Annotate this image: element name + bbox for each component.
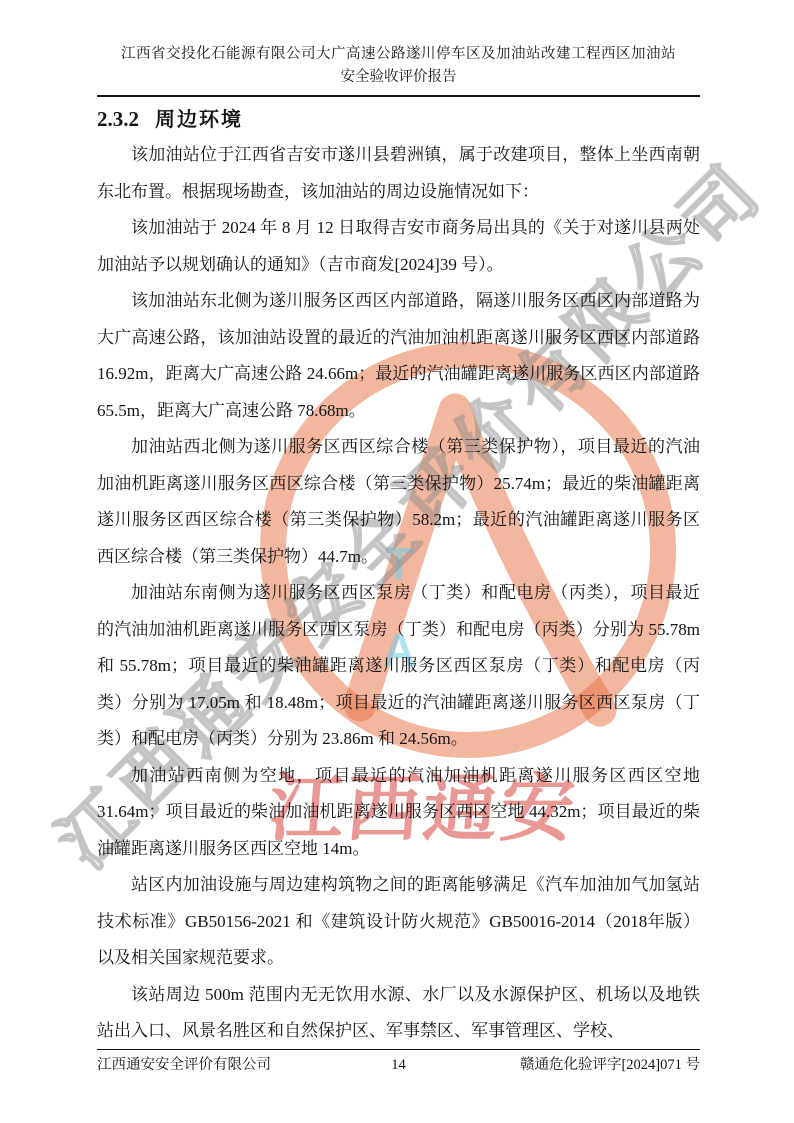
paragraph: 加油站西北侧为遂川服务区西区综合楼（第三类保护物），项目最近的汽油加油机距离遂川… [97,429,700,575]
paragraph: 该加油站位于江西省吉安市遂川县碧洲镇，属于改建项目，整体上坐西南朝东北布置。根据… [97,137,700,210]
header-rule [97,95,700,97]
section-number: 2.3.2 [97,107,139,131]
section-title: 周边环境 [155,109,243,131]
header-title-line2: 安全验收评价报告 [97,67,700,88]
page-header: 江西省交投化石能源有限公司大广高速公路遂川停车区及加油站改建工程西区加油站 安全… [97,44,700,88]
footer-page-number: 14 [391,1055,406,1075]
footer-company: 江西通安安全评价有限公司 [97,1055,271,1075]
report-page: TA 江西通安安全评价有限公司 江西通安 江西省交投化石能源有限公司大广高速公路… [0,0,794,1123]
paragraph: 加油站西南侧为空地，项目最近的汽油加油机距离遂川服务区西区空地 31.64m；项… [97,758,700,868]
header-title-line1: 江西省交投化石能源有限公司大广高速公路遂川停车区及加油站改建工程西区加油站 [97,44,700,65]
document-content: 江西省交投化石能源有限公司大广高速公路遂川停车区及加油站改建工程西区加油站 安全… [97,44,700,1049]
body-text: 该加油站位于江西省吉安市遂川县碧洲镇，属于改建项目，整体上坐西南朝东北布置。根据… [97,137,700,1049]
paragraph: 该加油站于 2024 年 8 月 12 日取得吉安市商务局出具的《关于对遂川县两… [97,210,700,283]
page-footer: 江西通安安全评价有限公司 14 赣通危化验评字[2024]071 号 [97,1049,700,1075]
section-heading: 2.3.2 周边环境 [97,104,700,134]
paragraph: 站区内加油设施与周边建构筑物之间的距离能够满足《汽车加油加气加氢站技术标准》GB… [97,867,700,977]
paragraph: 该站周边 500m 范围内无无饮用水源、水厂以及水源保护区、机场以及地铁站出入口… [97,977,700,1050]
footer-doc-number: 赣通危化验评字[2024]071 号 [520,1055,700,1075]
paragraph: 加油站东南侧为遂川服务区西区泵房（丁类）和配电房（丙类），项目最近的汽油加油机距… [97,575,700,758]
footer-rule [97,1049,700,1050]
paragraph: 该加油站东北侧为遂川服务区西区内部道路，隔遂川服务区西区内部道路为大广高速公路，… [97,283,700,429]
